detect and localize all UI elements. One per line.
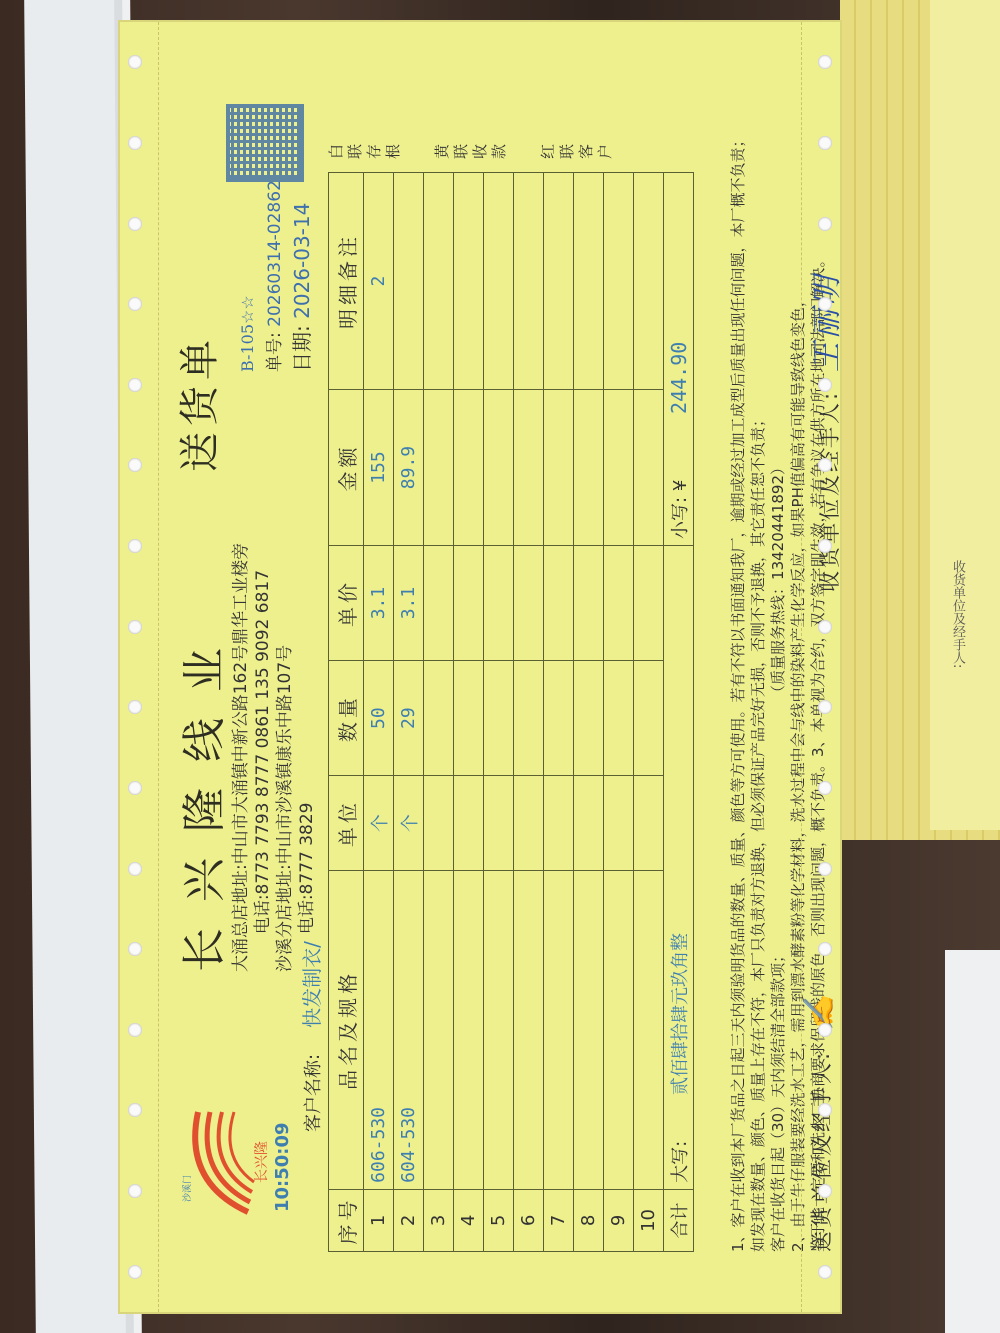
col-header-price: 单价	[329, 545, 364, 660]
table-row: 9	[604, 172, 634, 1251]
order-number-value: 20260314-02862	[265, 180, 285, 327]
amount-words-value: 贰佰肆拾肆元玖角整	[670, 933, 691, 1095]
row-no: 7	[544, 1189, 574, 1251]
copy-label-red: 红联客户	[540, 141, 616, 162]
row-unit: 个	[364, 775, 394, 870]
amount-words-label: 大写:	[670, 1140, 691, 1182]
date-label: 日期:	[290, 325, 314, 372]
form-serial: B-105☆☆	[238, 295, 257, 372]
branch-address: 中山市沙溪镇康乐中路107号	[275, 644, 295, 863]
row-qty: 50	[364, 660, 394, 775]
row-note	[394, 172, 424, 389]
svg-text:沙溪门: 沙溪门	[181, 1174, 193, 1201]
table-row: 7	[544, 172, 574, 1251]
company-logo-icon: 长兴隆 沙溪门	[178, 1102, 268, 1222]
total-row: 合计 大写: 贰佰肆拾肆元玖角整 小写: ¥ 244.90	[664, 172, 694, 1251]
row-amount: 89.9	[394, 389, 424, 545]
row-no: 9	[604, 1189, 634, 1251]
row-name: 604-530	[394, 870, 424, 1189]
head-office-address: 中山市大涌镇中新公路162号鼎华工业楼旁	[231, 542, 251, 863]
table-row: 2 604-530 个 29 3.1 89.9	[394, 172, 424, 1251]
table-row: 8	[574, 172, 604, 1251]
company-address-block: 大涌总店地址:中山市大涌镇中新公路162号鼎华工业楼旁 电话:8773 7793…	[230, 542, 318, 971]
col-header-no: 序号	[329, 1189, 364, 1251]
table-row: 1 606-530 个 50 3.1 155 2	[364, 172, 394, 1251]
row-no: 5	[484, 1189, 514, 1251]
customer-label: 客户名称:	[303, 1053, 324, 1131]
row-no: 1	[364, 1189, 394, 1251]
row-no: 10	[634, 1189, 664, 1251]
table-row: 3	[424, 172, 454, 1251]
row-note: 2	[364, 172, 394, 389]
copy-label-white: 白联存根	[328, 141, 404, 162]
branch-phone-label: 电话:	[297, 894, 317, 934]
amount-in-figures-cell: 小写: ¥ 244.90	[664, 172, 694, 545]
tractor-holes-top	[120, 22, 150, 1312]
table-header-row: 序号 品名及规格 单位 数量 单价 金额 明细备注	[329, 172, 364, 1251]
background-sheet-right: 收货单位及经手人:	[930, 0, 1000, 830]
amount-figures-value: 244.90	[667, 341, 691, 413]
delivery-note-sheet: 长兴隆 沙溪门 10:50:09 长兴隆线业 送货单 大涌总店地址:中山市大涌镇…	[120, 22, 840, 1312]
col-header-name: 品名及规格	[329, 870, 364, 1189]
svg-text:长兴隆: 长兴隆	[254, 1141, 268, 1183]
background-paper-stack-bottom-right	[945, 950, 1000, 1333]
table-row: 6	[514, 172, 544, 1251]
row-price: 3.1	[394, 545, 424, 660]
total-label: 合计	[664, 1189, 694, 1251]
col-header-qty: 数量	[329, 660, 364, 775]
terms-line-1: 1、客户在收到本厂货品之日起三天内须验明货品的数量、质量、颜色等方可使用。若有不…	[728, 122, 768, 1252]
amount-figures-label: 小写: ¥	[670, 479, 691, 538]
branch-address-label: 沙溪分店地址:	[275, 864, 295, 972]
col-header-note: 明细备注	[329, 172, 364, 389]
row-unit: 个	[394, 775, 424, 870]
table-row: 10	[634, 172, 664, 1251]
date-value: 2026-03-14	[290, 202, 314, 318]
delivery-note-photo: 长兴隆 沙溪门 10:50:09 长兴隆线业 送货单 大涌总店地址:中山市大涌镇…	[100, 0, 860, 1333]
row-no: 4	[454, 1189, 484, 1251]
col-header-amount: 金额	[329, 389, 364, 545]
row-no: 6	[514, 1189, 544, 1251]
amount-in-words-cell: 大写: 贰佰肆拾肆元玖角整	[664, 545, 694, 1189]
head-office-phone: 8773 7793 8777 0861 135 9092 6817	[253, 569, 273, 893]
document-date: 日期: 2026-03-14	[286, 202, 315, 371]
row-qty: 29	[394, 660, 424, 775]
order-number: 单号: 20260314-02862	[260, 180, 285, 372]
document-header: 长兴隆 沙溪门 10:50:09 长兴隆线业 送货单 大涌总店地址:中山市大涌镇…	[168, 102, 318, 1252]
row-no: 8	[574, 1189, 604, 1251]
perforation-top	[158, 22, 159, 1312]
col-header-unit: 单位	[329, 775, 364, 870]
items-table: 序号 品名及规格 单位 数量 单价 金额 明细备注 1 606-530 个 50…	[328, 172, 694, 1252]
table-row: 5	[484, 172, 514, 1251]
copy-label-yellow: 黄联收款	[434, 141, 510, 162]
row-no: 3	[424, 1189, 454, 1251]
table-row: 4	[454, 172, 484, 1251]
customer-name: 快发制衣/	[300, 941, 324, 1028]
copy-labels: 白联存根 黄联收款 红联客户	[328, 102, 646, 162]
qr-code-icon	[226, 104, 304, 182]
order-number-label: 单号:	[265, 332, 285, 372]
head-office-phone-label: 电话:	[253, 894, 273, 934]
company-name: 长兴隆线业	[168, 622, 232, 972]
head-office-address-label: 大涌总店地址:	[231, 864, 251, 972]
print-time: 10:50:09	[272, 1122, 293, 1212]
document-title: 送货单	[168, 334, 225, 472]
row-name: 606-530	[364, 870, 394, 1189]
row-no: 2	[394, 1189, 424, 1251]
background-receiver-label: 收货单位及经手人:	[948, 560, 967, 668]
branch-phone: 8777 3829	[297, 802, 317, 894]
row-price: 3.1	[364, 545, 394, 660]
tractor-holes-bottom	[810, 22, 840, 1312]
row-amount: 155	[364, 389, 394, 545]
terms-line-2: 客户在收货日起（30）天内须结清全部款项； （质量服务热线：1342044189…	[768, 122, 788, 1252]
customer-field: 客户名称:快发制衣/	[296, 941, 325, 1132]
perforation-bottom	[801, 22, 802, 1312]
